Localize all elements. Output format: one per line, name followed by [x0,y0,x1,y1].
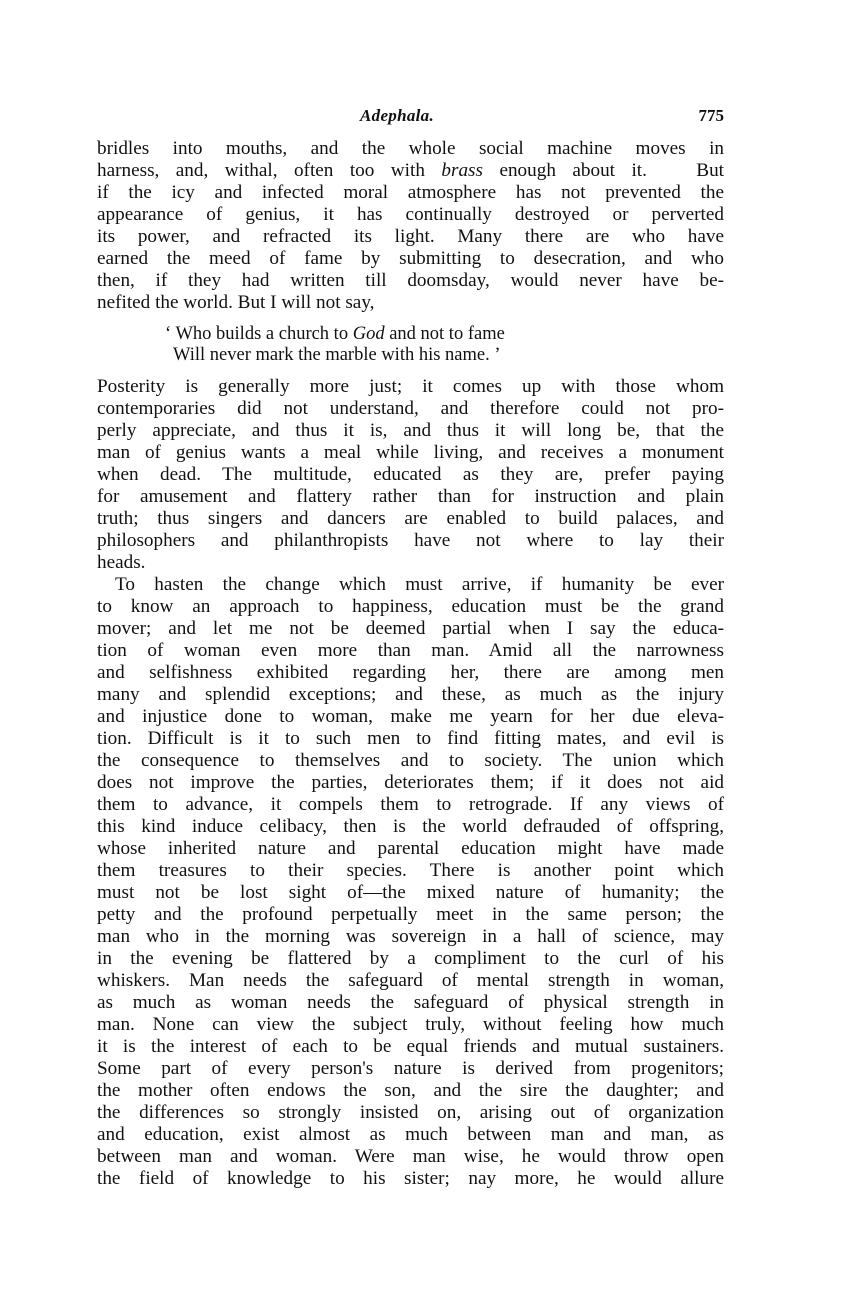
text-line: nefited the world. But I will not say, [97,292,724,314]
book-page: Adephala. 775 bridles into mouths, and t… [97,104,724,1190]
quote-text: ‘ Who builds a church to [165,324,353,344]
paragraph-1: bridles into mouths, and the whole socia… [97,138,724,314]
text-line: it is the interest of each to be equal f… [97,1036,724,1058]
page-number: 775 [699,106,725,126]
text-line: the mother often endows the son, and the… [97,1080,724,1102]
quote-text: and not to fame [385,324,505,344]
text-line: the field of knowledge to his sister; na… [97,1168,724,1190]
text-line: tion. Difficult is it to such men to fin… [97,728,724,750]
text-line: whose inherited nature and parental educ… [97,838,724,860]
text-line: must not be lost sight of—the mixed natu… [97,882,724,904]
text-line: contemporaries did not understand, and t… [97,398,724,420]
text-line: petty and the profound perpetually meet … [97,904,724,926]
text-line-with-italic: harness, and, withal, often too with bra… [97,160,724,182]
text-line: To hasten the change which must arrive, … [97,574,724,596]
text-line: tion of woman even more than man. Amid a… [97,640,724,662]
italic-word: brass [441,160,483,181]
running-head-title: Adephala. [360,106,434,126]
text-line: them to advance, it compels them to retr… [97,794,724,816]
text-line: philosophers and philanthropists have no… [97,530,724,552]
running-head: Adephala. 775 [97,104,724,134]
text-line: and injustice done to woman, make me yea… [97,706,724,728]
text-line: Posterity is generally more just; it com… [97,376,724,398]
text-line: whiskers. Man needs the safeguard of men… [97,970,724,992]
quote-line-2: Will never mark the marble with his name… [165,345,724,366]
text-line: appearance of genius, it has continually… [97,204,724,226]
body-text: bridles into mouths, and the whole socia… [97,138,724,1190]
text-line: man who in the morning was sovereign in … [97,926,724,948]
quote-line-1: ‘ Who builds a church to God and not to … [165,324,724,345]
text-line: and education, exist almost as much betw… [97,1124,724,1146]
text-line: man. None can view the subject truly, wi… [97,1014,724,1036]
verse-quote: ‘ Who builds a church to God and not to … [165,324,724,366]
text-line: for amusement and flattery rather than f… [97,486,724,508]
text-line: then, if they had written till doomsday,… [97,270,724,292]
text-line: truth; thus singers and dancers are enab… [97,508,724,530]
quote-italic-word: God [353,324,385,344]
text-line: to know an approach to happiness, educat… [97,596,724,618]
text-line: earned the meed of fame by submitting to… [97,248,724,270]
text-fragment: enough about it. But [483,160,724,181]
text-line: the consequence to themselves and to soc… [97,750,724,772]
paragraph-2: Posterity is generally more just; it com… [97,376,724,574]
text-line: when dead. The multitude, educated as th… [97,464,724,486]
text-line: mover; and let me not be deemed partial … [97,618,724,640]
text-line: the differences so strongly insisted on,… [97,1102,724,1124]
text-line: many and splendid exceptions; and these,… [97,684,724,706]
text-line: between man and woman. Were man wise, he… [97,1146,724,1168]
text-line: does not improve the parties, deteriorat… [97,772,724,794]
text-line: in the evening be flattered by a complim… [97,948,724,970]
text-line: its power, and refracted its light. Many… [97,226,724,248]
text-line: if the icy and infected moral atmosphere… [97,182,724,204]
text-line: as much as woman needs the safeguard of … [97,992,724,1014]
text-line: Some part of every person's nature is de… [97,1058,724,1080]
text-fragment: harness, and, withal, often too with [97,160,441,181]
text-line: man of genius wants a meal while living,… [97,442,724,464]
text-line: them treasures to their species. There i… [97,860,724,882]
paragraph-3: To hasten the change which must arrive, … [97,574,724,1190]
text-line: bridles into mouths, and the whole socia… [97,138,724,160]
text-line: and selfishness exhibited regarding her,… [97,662,724,684]
text-line: heads. [97,552,724,574]
text-line: this kind induce celibacy, then is the w… [97,816,724,838]
text-line: perly appreciate, and thus it is, and th… [97,420,724,442]
